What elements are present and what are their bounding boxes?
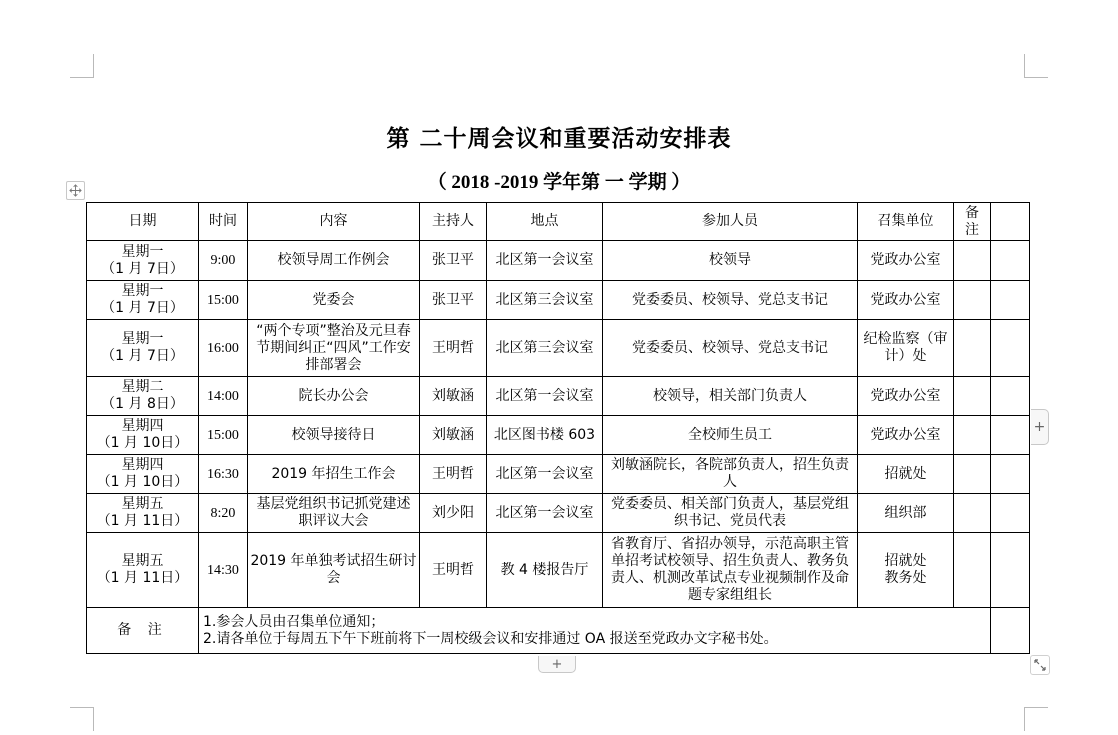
cell-content: 校领导接待日 — [248, 416, 420, 455]
date-label: （1 月 8日） — [89, 396, 196, 413]
cell-extra — [991, 320, 1030, 377]
cell-participants: 校领导 — [603, 241, 858, 281]
day-label: 星期一 — [89, 244, 196, 261]
cell-extra — [991, 416, 1030, 455]
cell-date: 星期四（1 月 10日） — [87, 416, 199, 455]
header-time: 时间 — [199, 203, 248, 241]
cell-host: 王明哲 — [420, 455, 487, 494]
cell-content: 校领导周工作例会 — [248, 241, 420, 281]
day-label: 星期四 — [89, 418, 196, 435]
header-date: 日期 — [87, 203, 199, 241]
cell-remark — [954, 455, 991, 494]
cell-remark — [954, 494, 991, 533]
cell-date: 星期五（1 月 11日） — [87, 533, 199, 608]
cell-time: 16:00 — [199, 320, 248, 377]
cell-participants: 党委委员、相关部门负责人，基层党组织书记、党员代表 — [603, 494, 858, 533]
cell-convener: 纪检监察（审计）处 — [858, 320, 954, 377]
note-item: 2.请各单位于每周五下午下班前将下一周校级会议和安排通过 OA 报送至党政办文字… — [203, 631, 988, 648]
cell-date: 星期一（1 月 7日） — [87, 241, 199, 281]
cell-host: 刘敏涵 — [420, 416, 487, 455]
note-item: 1.参会人员由召集单位通知； — [203, 614, 988, 631]
date-label: （1 月 10日） — [89, 435, 196, 452]
header-location: 地点 — [487, 203, 603, 241]
table-row: 星期四（1 月 10日）16:302019 年招生工作会王明哲北区第一会议室刘敏… — [87, 455, 1030, 494]
cell-extra — [991, 494, 1030, 533]
cell-convener: 招就处 教务处 — [858, 533, 954, 608]
add-column-button[interactable]: + — [1031, 409, 1049, 445]
move-icon — [69, 184, 82, 197]
cell-extra — [991, 533, 1030, 608]
cell-location: 北区第三会议室 — [487, 281, 603, 320]
resize-icon — [1033, 658, 1047, 672]
table-move-handle[interactable] — [66, 181, 85, 200]
cell-host: 王明哲 — [420, 533, 487, 608]
cell-location: 教 4 楼报告厅 — [487, 533, 603, 608]
page-corner-mark-bottom-right — [1024, 707, 1048, 731]
cell-extra — [991, 241, 1030, 281]
document-subtitle: （ 2018 -2019 学年第 一 学期 ） — [0, 167, 1118, 194]
page-corner-mark-bottom-left — [70, 707, 94, 731]
cell-content: 党委会 — [248, 281, 420, 320]
document-title: 第 二十周会议和重要活动安排表 — [0, 120, 1118, 153]
cell-time: 16:30 — [199, 455, 248, 494]
table-resize-handle[interactable] — [1030, 655, 1050, 675]
page-corner-mark-top-right — [1024, 54, 1048, 78]
date-label: （1 月 7日） — [89, 348, 196, 365]
cell-time: 15:00 — [199, 416, 248, 455]
day-label: 星期五 — [89, 553, 196, 570]
cell-location: 北区第三会议室 — [487, 320, 603, 377]
date-label: （1 月 11日） — [89, 513, 196, 530]
cell-remark — [954, 281, 991, 320]
date-label: （1 月 7日） — [89, 300, 196, 317]
cell-location: 北区第一会议室 — [487, 241, 603, 281]
date-label: （1 月 11日） — [89, 570, 196, 587]
cell-remark — [954, 241, 991, 281]
table-row: 星期一（1 月 7日）16:00“两个专项”整治及元旦春节期间纠正“四风”工作安… — [87, 320, 1030, 377]
day-label: 星期二 — [89, 379, 196, 396]
cell-location: 北区图书楼 603 — [487, 416, 603, 455]
cell-time: 14:00 — [199, 377, 248, 416]
cell-convener: 党政办公室 — [858, 281, 954, 320]
cell-convener: 招就处 — [858, 455, 954, 494]
cell-participants: 党委委员、校领导、党总支书记 — [603, 320, 858, 377]
table-row: 星期五（1 月 11日）14:302019 年单独考试招生研讨会王明哲教 4 楼… — [87, 533, 1030, 608]
cell-host: 张卫平 — [420, 281, 487, 320]
table-row: 星期四（1 月 10日）15:00校领导接待日刘敏涵北区图书楼 603全校师生员… — [87, 416, 1030, 455]
cell-content: 基层党组织书记抓党建述职评议大会 — [248, 494, 420, 533]
header-extra — [991, 203, 1030, 241]
cell-date: 星期二（1 月 8日） — [87, 377, 199, 416]
cell-participants: 校领导，相关部门负责人 — [603, 377, 858, 416]
cell-location: 北区第一会议室 — [487, 455, 603, 494]
cell-extra — [991, 281, 1030, 320]
cell-remark — [954, 320, 991, 377]
table-row: 星期五（1 月 11日）8:20基层党组织书记抓党建述职评议大会刘少阳北区第一会… — [87, 494, 1030, 533]
cell-extra — [991, 455, 1030, 494]
table-row: 星期一（1 月 7日）9:00校领导周工作例会张卫平北区第一会议室校领导党政办公… — [87, 241, 1030, 281]
day-label: 星期一 — [89, 331, 196, 348]
cell-participants: 全校师生员工 — [603, 416, 858, 455]
cell-convener: 组织部 — [858, 494, 954, 533]
cell-date: 星期五（1 月 11日） — [87, 494, 199, 533]
cell-participants: 刘敏涵院长，各院部负责人，招生负责人 — [603, 455, 858, 494]
cell-host: 张卫平 — [420, 241, 487, 281]
cell-location: 北区第一会议室 — [487, 494, 603, 533]
schedule-table: 日期 时间 内容 主持人 地点 参加人员 召集单位 备注 星期一（1 月 7日）… — [86, 202, 1030, 654]
day-label: 星期一 — [89, 283, 196, 300]
cell-participants: 省教育厅、省招办领导，示范高职主管单招考试校领导、招生负责人、教务负责人、机测改… — [603, 533, 858, 608]
date-label: （1 月 10日） — [89, 474, 196, 491]
cell-remark — [954, 533, 991, 608]
cell-time: 9:00 — [199, 241, 248, 281]
cell-content: 2019 年招生工作会 — [248, 455, 420, 494]
add-row-button[interactable]: + — [538, 656, 576, 673]
header-remark-label: 备注 — [965, 205, 979, 239]
cell-date: 星期一（1 月 7日） — [87, 320, 199, 377]
cell-content: 院长办公会 — [248, 377, 420, 416]
header-participants: 参加人员 — [603, 203, 858, 241]
cell-remark — [954, 416, 991, 455]
cell-remark — [954, 377, 991, 416]
cell-convener: 党政办公室 — [858, 416, 954, 455]
cell-host: 王明哲 — [420, 320, 487, 377]
notes-label: 备 注 — [87, 608, 199, 654]
cell-participants: 党委委员、校领导、党总支书记 — [603, 281, 858, 320]
notes-extra-cell — [991, 608, 1030, 654]
date-label: （1 月 7日） — [89, 261, 196, 278]
cell-convener: 党政办公室 — [858, 241, 954, 281]
cell-time: 14:30 — [199, 533, 248, 608]
cell-host: 刘敏涵 — [420, 377, 487, 416]
cell-extra — [991, 377, 1030, 416]
cell-date: 星期四（1 月 10日） — [87, 455, 199, 494]
header-content: 内容 — [248, 203, 420, 241]
notes-cell: 1.参会人员由召集单位通知；2.请各单位于每周五下午下班前将下一周校级会议和安排… — [199, 608, 991, 654]
cell-date: 星期一（1 月 7日） — [87, 281, 199, 320]
table-header-row: 日期 时间 内容 主持人 地点 参加人员 召集单位 备注 — [87, 203, 1030, 241]
plus-icon: + — [552, 657, 563, 672]
cell-time: 15:00 — [199, 281, 248, 320]
table-row: 星期二（1 月 8日）14:00院长办公会刘敏涵北区第一会议室校领导，相关部门负… — [87, 377, 1030, 416]
plus-icon: + — [1034, 419, 1046, 435]
cell-host: 刘少阳 — [420, 494, 487, 533]
cell-convener: 党政办公室 — [858, 377, 954, 416]
day-label: 星期五 — [89, 496, 196, 513]
cell-content: 2019 年单独考试招生研讨会 — [248, 533, 420, 608]
notes-row: 备 注1.参会人员由召集单位通知；2.请各单位于每周五下午下班前将下一周校级会议… — [87, 608, 1030, 654]
header-remark: 备注 — [954, 203, 991, 241]
day-label: 星期四 — [89, 457, 196, 474]
header-host: 主持人 — [420, 203, 487, 241]
cell-location: 北区第一会议室 — [487, 377, 603, 416]
header-convener: 召集单位 — [858, 203, 954, 241]
cell-content: “两个专项”整治及元旦春节期间纠正“四风”工作安排部署会 — [248, 320, 420, 377]
page-corner-mark-top-left — [70, 54, 94, 78]
table-row: 星期一（1 月 7日）15:00党委会张卫平北区第三会议室党委委员、校领导、党总… — [87, 281, 1030, 320]
cell-time: 8:20 — [199, 494, 248, 533]
